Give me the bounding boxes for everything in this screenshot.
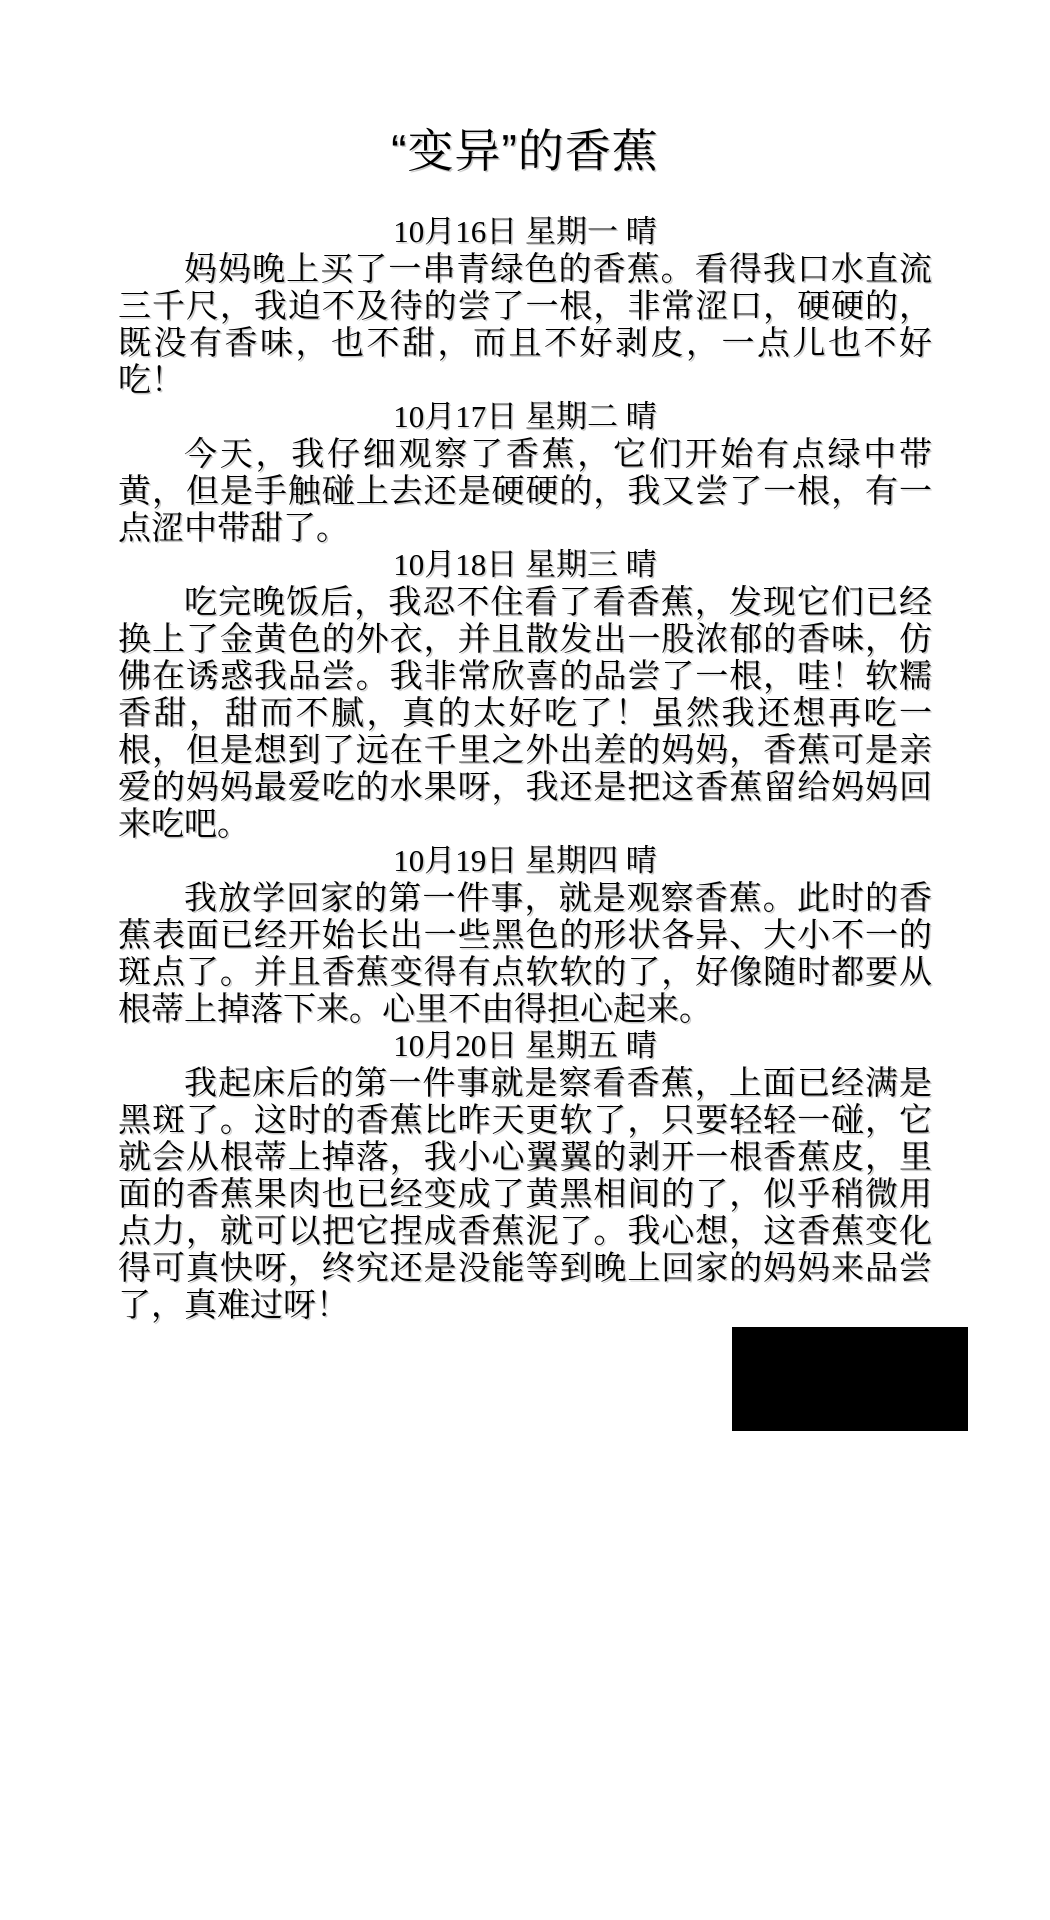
entry-paragraph: 我放学回家的第一件事，就是观察香蕉。此时的香蕉表面已经开始长出一些黑色的形状各异…	[118, 879, 932, 1027]
entry-date-heading: 10月20日 星期五 晴	[118, 1027, 932, 1064]
entry-date-heading: 10月19日 星期四 晴	[118, 842, 932, 879]
document-title: “变异”的香蕉	[118, 125, 932, 177]
entry-paragraph: 吃完晚饭后，我忍不住看了看香蕉，发现它们已经换上了金黄色的外衣，并且散发出一股浓…	[118, 583, 932, 842]
entry-paragraph: 我起床后的第一件事就是察看香蕉，上面已经满是黑斑了。这时的香蕉比昨天更软了，只要…	[118, 1064, 932, 1323]
entry-date-heading: 10月18日 星期三 晴	[118, 546, 932, 583]
entry-date-heading: 10月16日 星期一 晴	[118, 213, 932, 250]
diary-entries: 10月16日 星期一 晴 妈妈晚上买了一串青绿色的香蕉。看得我口水直流三千尺，我…	[118, 213, 932, 1323]
diary-entry: 10月18日 星期三 晴 吃完晚饭后，我忍不住看了看香蕉，发现它们已经换上了金黄…	[118, 546, 932, 842]
entry-paragraph: 今天，我仔细观察了香蕉，它们开始有点绿中带黄，但是手触碰上去还是硬硬的，我又尝了…	[118, 435, 932, 546]
diary-entry: 10月16日 星期一 晴 妈妈晚上买了一串青绿色的香蕉。看得我口水直流三千尺，我…	[118, 213, 932, 398]
diary-entry: 10月17日 星期二 晴 今天，我仔细观察了香蕉，它们开始有点绿中带黄，但是手触…	[118, 398, 932, 546]
entry-paragraph: 妈妈晚上买了一串青绿色的香蕉。看得我口水直流三千尺，我迫不及待的尝了一根，非常涩…	[118, 250, 932, 398]
redacted-block	[732, 1327, 968, 1431]
diary-document: “变异”的香蕉 10月16日 星期一 晴 妈妈晚上买了一串青绿色的香蕉。看得我口…	[0, 125, 1050, 1323]
diary-entry: 10月19日 星期四 晴 我放学回家的第一件事，就是观察香蕉。此时的香蕉表面已经…	[118, 842, 932, 1027]
entry-date-heading: 10月17日 星期二 晴	[118, 398, 932, 435]
document-page: { "page": { "background": "#ffffff", "te…	[0, 0, 1050, 1920]
diary-entry: 10月20日 星期五 晴 我起床后的第一件事就是察看香蕉，上面已经满是黑斑了。这…	[118, 1027, 932, 1323]
